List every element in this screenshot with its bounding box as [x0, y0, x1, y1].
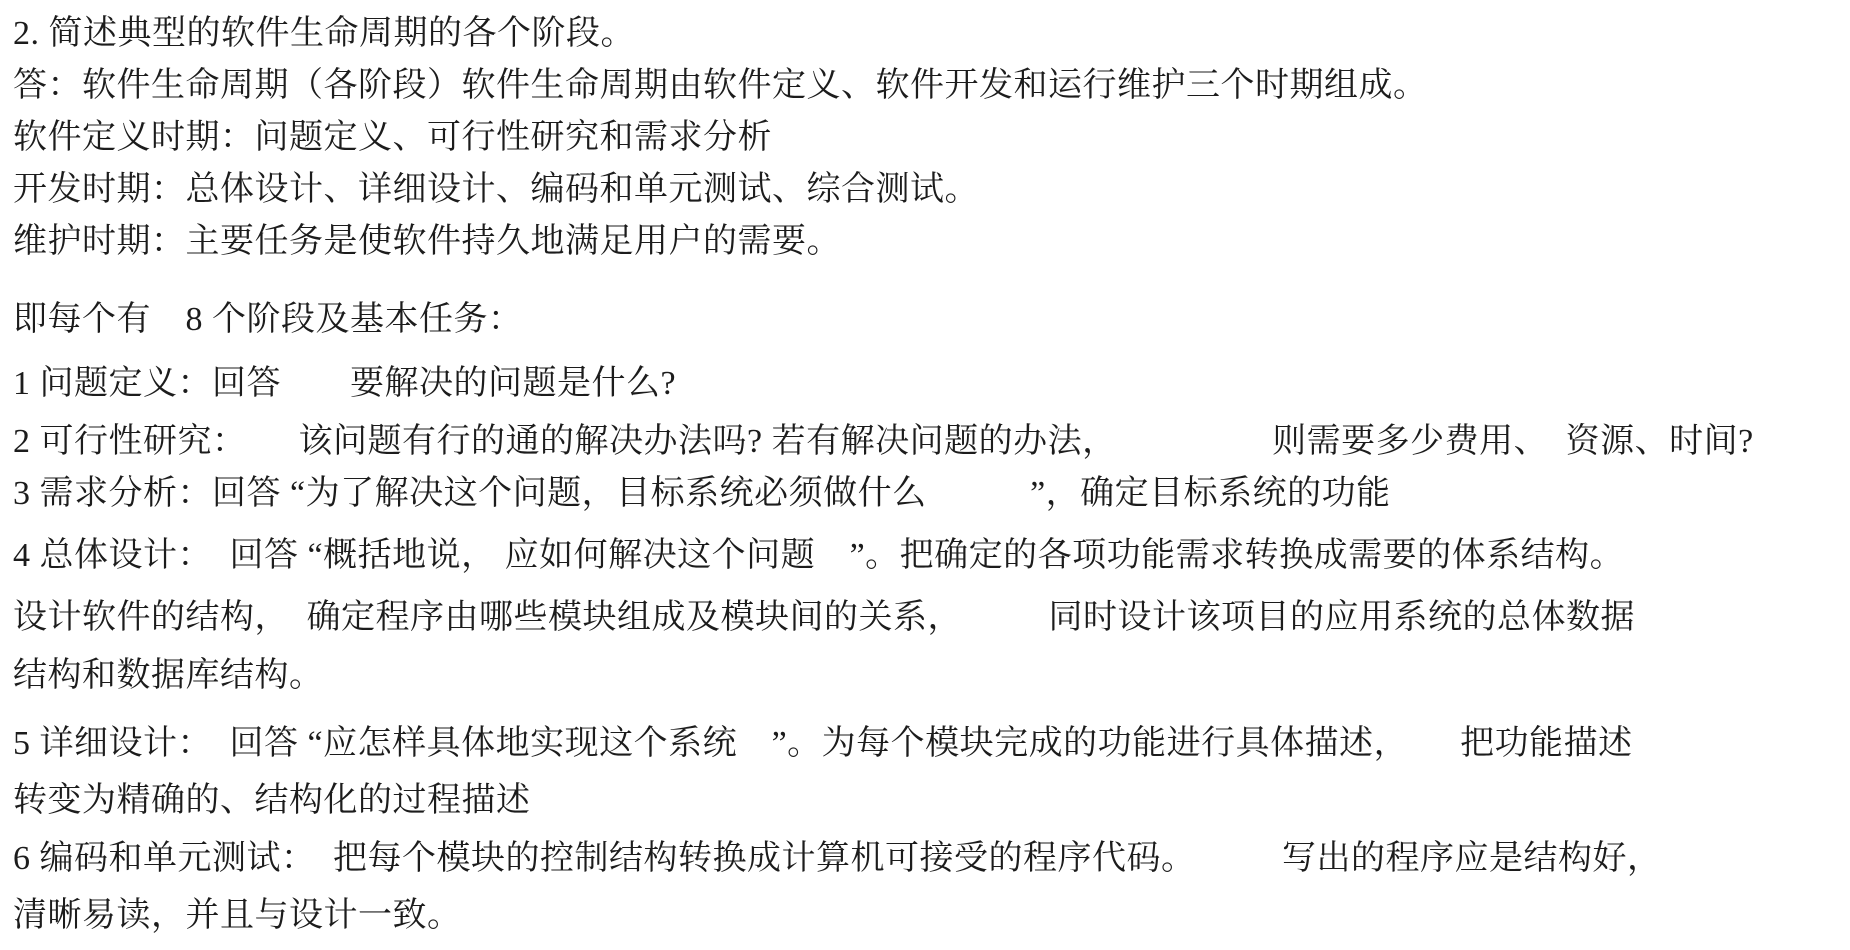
text-line: 即每个有 8 个阶段及基本任务： [13, 294, 1840, 346]
text-line: 开发时期：总体设计、详细设计、编码和单元测试、综合测试。 [13, 164, 1840, 216]
text-line: 设计软件的结构， 确定程序由哪些模块组成及模块间的关系， 同时设计该项目的应用系… [13, 592, 1840, 644]
text-line: 4 总体设计： 回答 “概括地说， 应如何解决这个问题 ”。把确定的各项功能需求… [13, 530, 1840, 582]
text-line: 2 可行性研究： 该问题有行的通的解决办法吗? 若有解决问题的办法， 则需要多少… [13, 416, 1840, 468]
text-line: 软件定义时期：问题定义、可行性研究和需求分析 [13, 112, 1840, 164]
text-line: 2. 简述典型的软件生命周期的各个阶段。 [13, 8, 1840, 60]
text-line: 1 问题定义：回答 要解决的问题是什么? [13, 358, 1840, 410]
text-line: 结构和数据库结构。 [13, 650, 1840, 702]
document-page: 2. 简述典型的软件生命周期的各个阶段。答：软件生命周期（各阶段）软件生命周期由… [0, 0, 1850, 950]
text-line: 清晰易读，并且与设计一致。 [13, 890, 1840, 942]
text-line: 6 编码和单元测试： 把每个模块的控制结构转换成计算机可接受的程序代码。 写出的… [13, 833, 1840, 885]
text-line: 3 需求分析：回答 “为了解决这个问题，目标系统必须做什么 ”，确定目标系统的功… [13, 468, 1840, 520]
document-body: 2. 简述典型的软件生命周期的各个阶段。答：软件生命周期（各阶段）软件生命周期由… [13, 8, 1840, 942]
text-line: 答：软件生命周期（各阶段）软件生命周期由软件定义、软件开发和运行维护三个时期组成… [13, 60, 1840, 112]
text-line: 维护时期：主要任务是使软件持久地满足用户的需要。 [13, 216, 1840, 268]
text-line: 5 详细设计： 回答 “应怎样具体地实现这个系统 ”。为每个模块完成的功能进行具… [13, 718, 1840, 770]
text-line: 转变为精确的、结构化的过程描述 [13, 775, 1840, 827]
